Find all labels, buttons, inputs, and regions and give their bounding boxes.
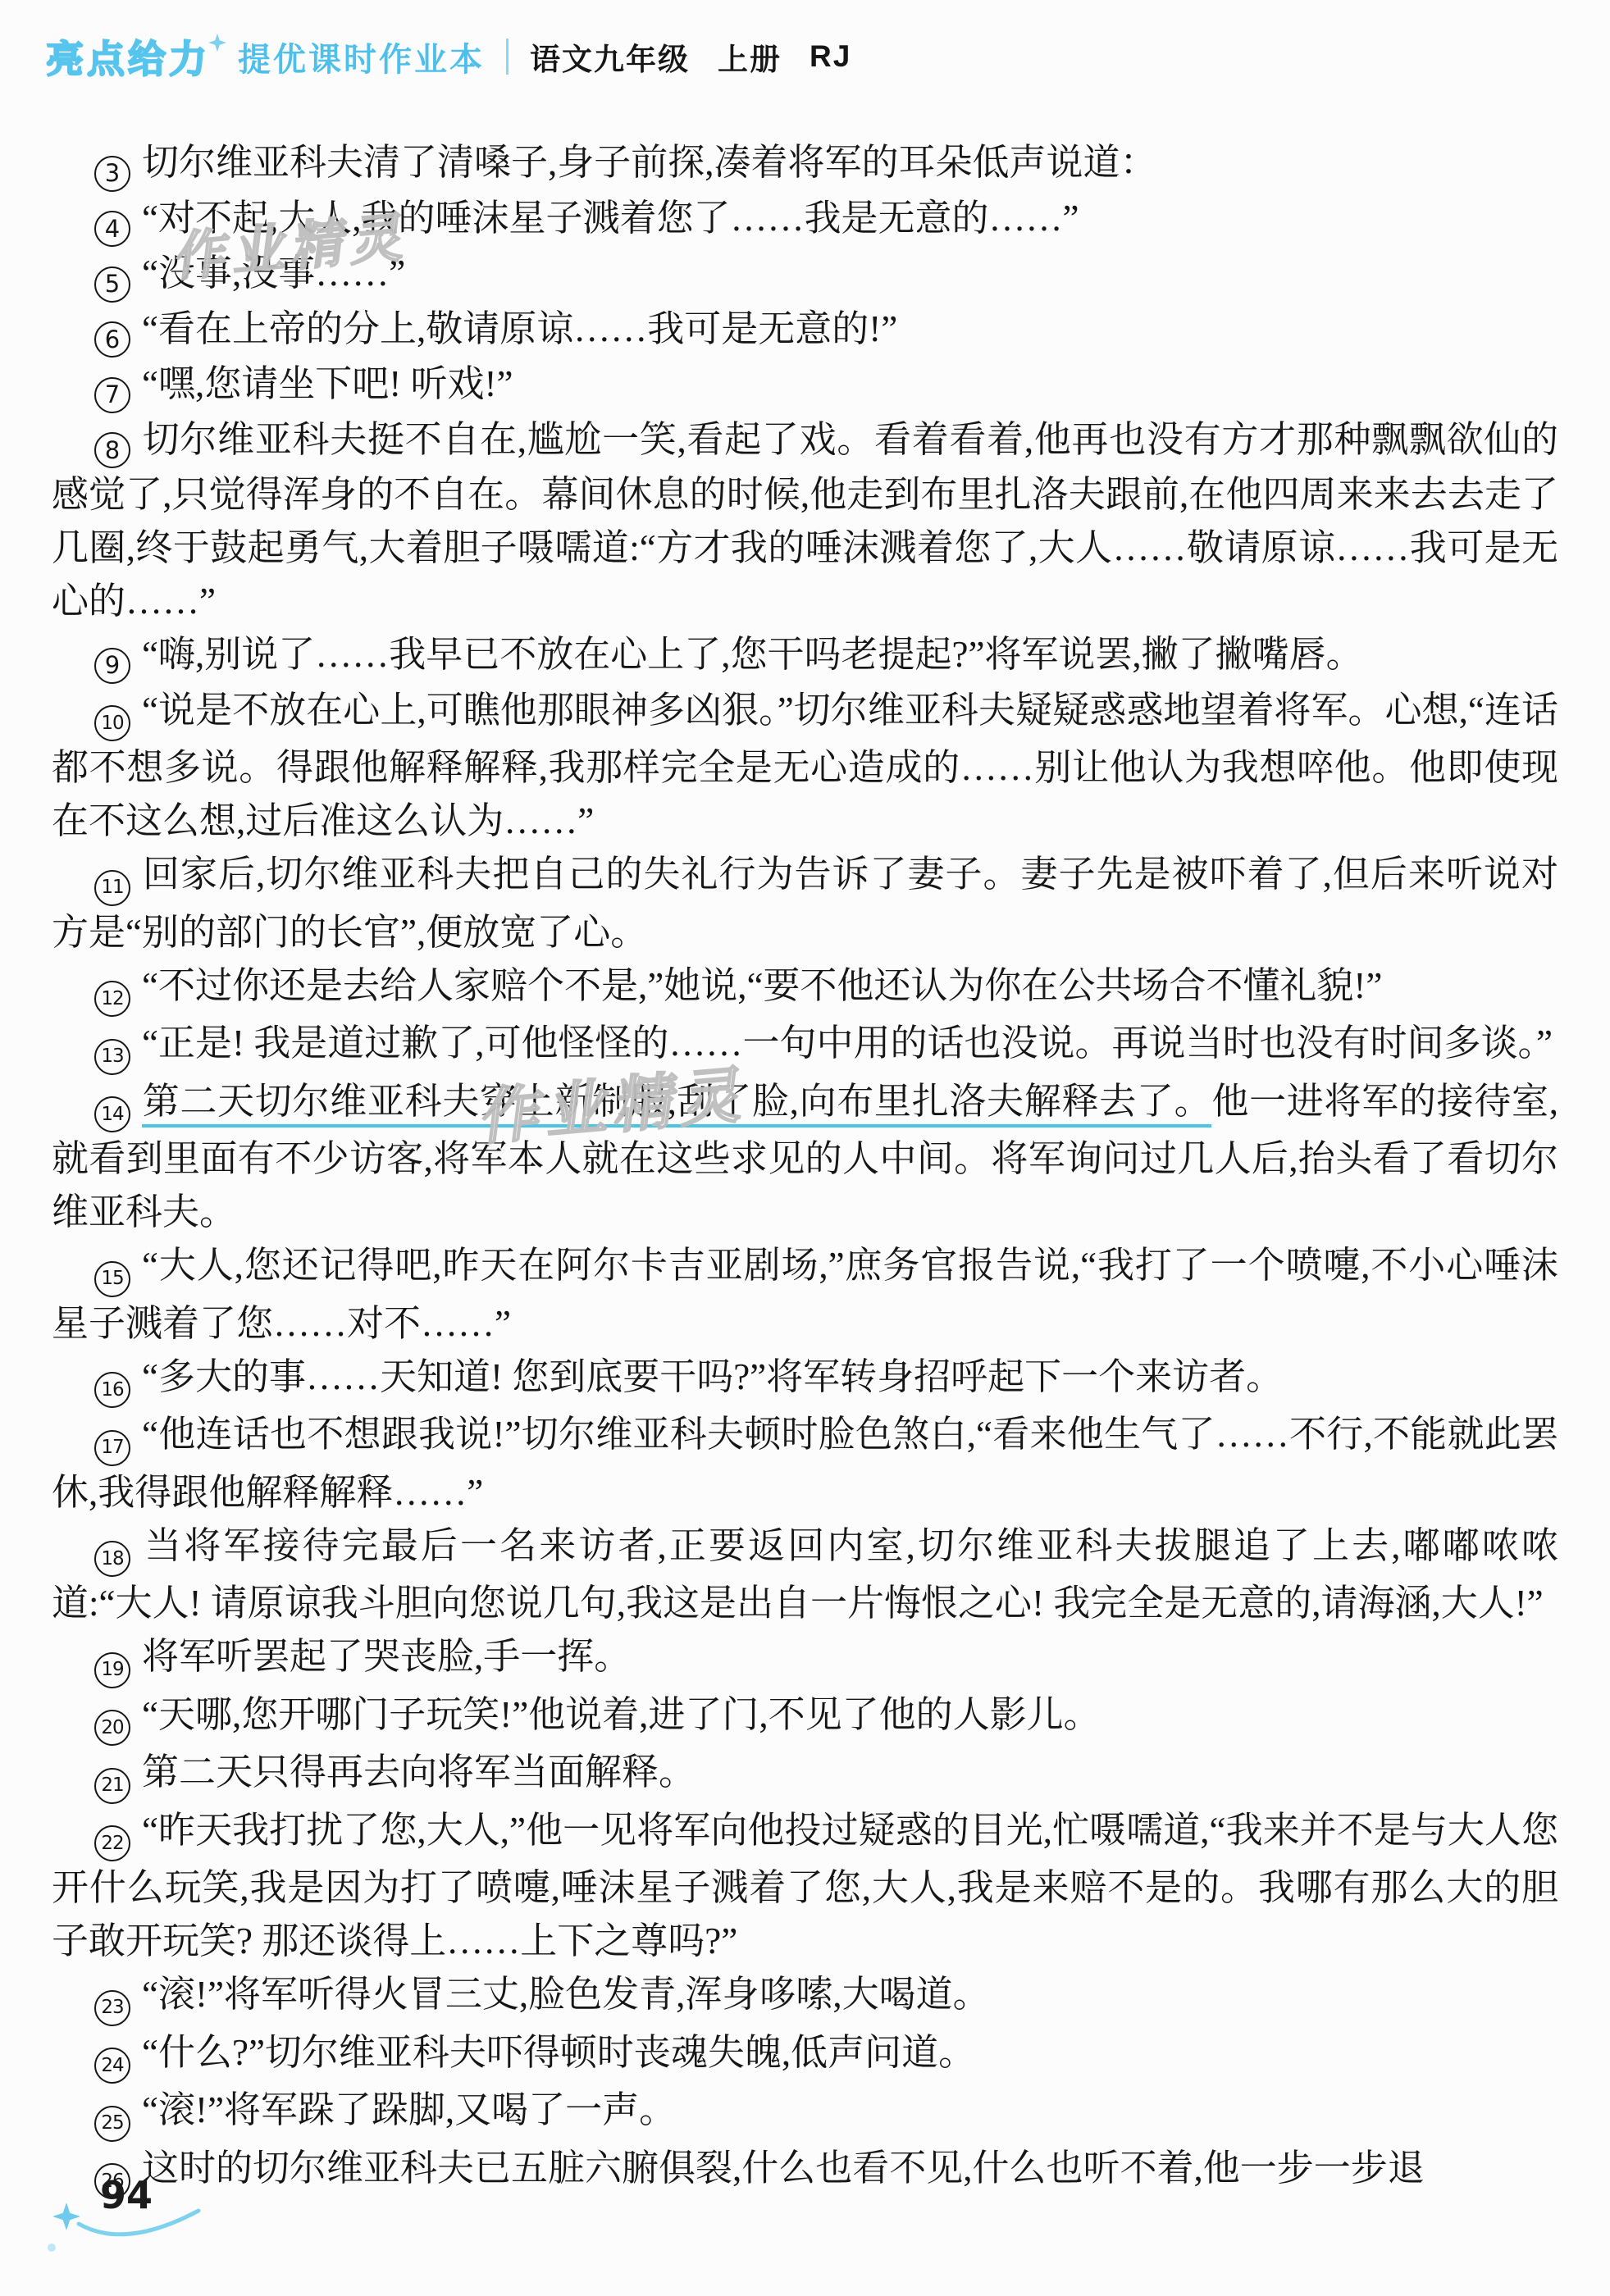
paragraph-number: 15	[94, 1261, 130, 1297]
paragraph-text: 第二天只得再去向将军当面解释。	[142, 1752, 696, 1793]
header-volume: 上册	[718, 34, 782, 79]
paragraph-number: 23	[94, 1990, 130, 2026]
paragraph-number: 10	[94, 705, 130, 741]
paragraph-number: 5	[94, 266, 130, 303]
paragraph-number: 12	[94, 981, 130, 1017]
paragraph: 20“天哪,您开哪门子玩笑!”他说着,进了门,不见了他的人影儿。	[52, 1688, 1558, 1747]
paragraph-text: “滚!”将军跺了跺脚,又喝了一声。	[142, 2089, 676, 2130]
paragraph-text: “对不起,大人,我的唾沫星子溅着您了……我是无意的……”	[142, 198, 1079, 239]
paragraph-text: “说是不放在心上,可瞧他那眼神多凶狠。”切尔维亚科夫疑疑惑惑地望着将军。心想,“…	[52, 690, 1558, 842]
paragraph-text: “嗨,别说了……我早已不放在心上了,您干吗老提起?”将军说罢,撇了撇嘴唇。	[142, 634, 1363, 675]
paragraph: 14第二天切尔维亚科夫穿上新制服,刮了脸,向布里扎洛夫解释去了。他一进将军的接待…	[52, 1075, 1558, 1240]
paragraph-text: “嘿,您请坐下吧! 听戏!”	[142, 363, 513, 404]
swoosh-underline	[75, 2206, 223, 2256]
paragraph: 15“大人,您还记得吧,昨天在阿尔卡吉亚剧场,”庶务官报告说,“我打了一个喷嚏,…	[52, 1239, 1558, 1351]
paragraph-text: “没事,没事……”	[142, 253, 405, 294]
paragraph-text: “天哪,您开哪门子玩笑!”他说着,进了门,不见了他的人影儿。	[142, 1694, 1101, 1735]
paragraph: 5“没事,没事……”	[52, 247, 1558, 303]
paragraph-number: 25	[94, 2106, 130, 2142]
paragraph-number: 4	[94, 211, 130, 247]
paragraph-text: 回家后,切尔维亚科夫把自己的失礼行为告诉了妻子。妻子先是被吓着了,但后来听说对方…	[52, 854, 1558, 953]
paragraph-text: “多大的事……天知道! 您到底要干吗?”将军转身招呼起下一个来访者。	[142, 1356, 1283, 1397]
paragraph: 11回家后,切尔维亚科夫把自己的失礼行为告诉了妻子。妻子先是被吓着了,但后来听说…	[52, 848, 1558, 959]
paragraph: 7“嘿,您请坐下吧! 听戏!”	[52, 358, 1558, 413]
paragraph: 26这时的切尔维亚科夫已五脏六腑俱裂,什么也看不见,什么也听不着,他一步一步退	[52, 2142, 1558, 2200]
paragraph: 18当将军接待完最后一名来访者,正要返回内室,切尔维亚科夫拔腿追了上去,嘟嘟哝哝…	[52, 1519, 1558, 1631]
paragraph-number: 20	[94, 1710, 130, 1746]
paragraph: 8切尔维亚科夫挺不自在,尴尬一笑,看起了戏。看着看着,他再也没有方才那种飘飘欲仙…	[52, 413, 1558, 629]
header-edition: RJ	[810, 39, 851, 74]
paragraph: 16“多大的事……天知道! 您到底要干吗?”将军转身招呼起下一个来访者。	[52, 1351, 1558, 1409]
paragraph-number: 18	[94, 1541, 130, 1577]
paragraph-text: “不过你还是去给人家赔个不是,”她说,“要不他还认为你在公共场合不懂礼貌!”	[142, 965, 1382, 1006]
paragraph-number: 8	[94, 432, 130, 468]
paragraph: 25“滚!”将军跺了跺脚,又喝了一声。	[52, 2084, 1558, 2142]
paragraph-number: 13	[94, 1039, 130, 1075]
paragraph: 17“他连话也不想跟我说!”切尔维亚科夫顿时脸色煞白,“看来他生气了……不行,不…	[52, 1408, 1558, 1519]
paragraph-text: “大人,您还记得吧,昨天在阿尔卡吉亚剧场,”庶务官报告说,“我打了一个喷嚏,不小…	[52, 1245, 1558, 1344]
paragraph: 9“嗨,别说了……我早已不放在心上了,您干吗老提起?”将军说罢,撇了撇嘴唇。	[52, 628, 1558, 684]
underlined-sentence: 第二天切尔维亚科夫穿上新制服,刮了脸,向布里扎洛夫解释去了。	[142, 1081, 1211, 1127]
paragraph: 12“不过你还是去给人家赔个不是,”她说,“要不他还认为你在公共场合不懂礼貌!”	[52, 959, 1558, 1018]
paragraph-number: 7	[94, 377, 130, 413]
paragraph: 22“昨天我打扰了您,大人,”他一见将军向他投过疑惑的目光,忙嗫嚅道,“我来并不…	[52, 1804, 1558, 1969]
paragraph-text: “滚!”将军听得火冒三丈,脸色发青,浑身哆嗦,大喝道。	[142, 1974, 990, 2015]
brand-logo: 亮点给力	[46, 30, 210, 84]
paragraph-text: 切尔维亚科夫清了清嗓子,身子前探,凑着将军的耳朵低声说道：	[142, 142, 1157, 183]
paragraph-text: “昨天我打扰了您,大人,”他一见将军向他投过疑惑的目光,忙嗫嚅道,“我来并不是与…	[52, 1810, 1558, 1962]
paragraph-text: 切尔维亚科夫挺不自在,尴尬一笑,看起了戏。看着看着,他再也没有方才那种飘飘欲仙的…	[52, 419, 1558, 622]
paragraph: 23“滚!”将军听得火冒三丈,脸色发青,浑身哆嗦,大喝道。	[52, 1968, 1558, 2026]
header-subject: 语文九年级	[530, 34, 690, 79]
paragraph: 6“看在上帝的分上,敬请原谅……我可是无意的!”	[52, 303, 1558, 358]
brand-suffix: 提优课时作业本	[238, 34, 485, 80]
paragraph-number: 19	[94, 1652, 130, 1688]
paragraph-text: 当将军接待完最后一名来访者,正要返回内室,切尔维亚科夫拔腿追了上去,嘟嘟哝哝道:…	[52, 1525, 1558, 1624]
paragraph: 10“说是不放在心上,可瞧他那眼神多凶狠。”切尔维亚科夫疑疑惑惑地望着将军。心想…	[52, 684, 1558, 849]
paragraph-number: 24	[94, 2048, 130, 2084]
paragraph-number: 14	[94, 1096, 130, 1132]
paragraph-text: “他连话也不想跟我说!”切尔维亚科夫顿时脸色煞白,“看来他生气了……不行,不能就…	[52, 1414, 1558, 1513]
sparkle-icon	[208, 34, 226, 56]
paragraph: 4“对不起,大人,我的唾沫星子溅着您了……我是无意的……”	[52, 192, 1558, 248]
page-number-badge: 94	[46, 2168, 251, 2266]
paragraph-number: 3	[94, 156, 130, 192]
paragraph-number: 11	[94, 870, 130, 906]
paragraph-number: 6	[94, 321, 130, 358]
paragraph-number: 16	[94, 1372, 130, 1408]
paragraph-number: 17	[94, 1430, 130, 1466]
page-header: 亮点给力 提优课时作业本 语文九年级 上册 RJ	[46, 28, 1564, 85]
paragraph-number: 9	[94, 648, 130, 684]
paragraph-text: “什么?”切尔维亚科夫吓得顿时丧魂失魄,低声问道。	[142, 2032, 975, 2073]
paragraph: 13“正是! 我是道过歉了,可他怪怪的……一句中用的话也没说。再说当时也没有时间…	[52, 1017, 1558, 1075]
workbook-page: 亮点给力 提优课时作业本 语文九年级 上册 RJ 3切尔维亚科夫清了清嗓子,身子…	[0, 0, 1610, 2296]
paragraph-number: 22	[94, 1825, 130, 1861]
header-divider	[506, 39, 509, 75]
paragraph: 3切尔维亚科夫清了清嗓子,身子前探,凑着将军的耳朵低声说道：	[52, 136, 1558, 192]
paragraph: 24“什么?”切尔维亚科夫吓得顿时丧魂失魄,低声问道。	[52, 2026, 1558, 2084]
paragraph-text: 这时的切尔维亚科夫已五脏六腑俱裂,什么也看不见,什么也听不着,他一步一步退	[142, 2148, 1425, 2189]
paragraph: 19将军听罢起了哭丧脸,手一挥。	[52, 1630, 1558, 1688]
paragraph-text: “看在上帝的分上,敬请原谅……我可是无意的!”	[142, 308, 897, 349]
content: 3切尔维亚科夫清了清嗓子,身子前探,凑着将军的耳朵低声说道：4“对不起,大人,我…	[52, 136, 1558, 2199]
paragraph: 21第二天只得再去向将军当面解释。	[52, 1746, 1558, 1804]
paragraph-text: “正是! 我是道过歉了,可他怪怪的……一句中用的话也没说。再说当时也没有时间多谈…	[142, 1023, 1553, 1064]
paragraph-number: 21	[94, 1768, 130, 1804]
paragraph-text: 将军听罢起了哭丧脸,手一挥。	[142, 1636, 631, 1677]
dot-icon	[48, 2244, 56, 2252]
